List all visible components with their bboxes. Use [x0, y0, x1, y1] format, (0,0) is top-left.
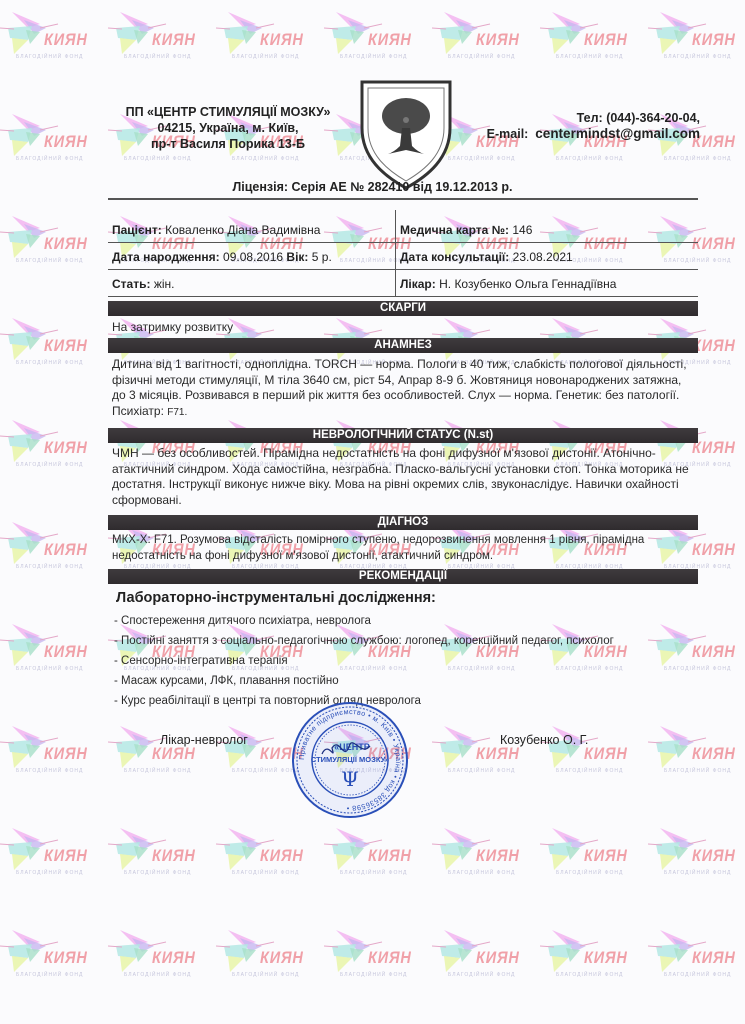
phone-line: Тел: (044)-364-20-04, [470, 110, 700, 126]
org-address-line2: пр-т Василя Порика 13-Б [118, 136, 338, 152]
header-divider [108, 198, 698, 200]
phone-label: Тел: [577, 111, 603, 125]
email-label: E-mail: [487, 127, 529, 141]
org-name: ПП «ЦЕНТР СТИМУЛЯЦІЇ МОЗКУ» [118, 104, 338, 120]
phone-value: (044)-364-20-04, [606, 111, 700, 125]
medical-report-page: ПП «ЦЕНТР СТИМУЛЯЦІЇ МОЗКУ» 04215, Украї… [0, 0, 745, 1024]
recommendations-header: РЕКОМЕНДАЦІЇ [108, 569, 698, 584]
neuro-status-header: НЕВРОЛОГІЧНИЙ СТАТУС (N.st) [108, 428, 698, 443]
diagnosis-text: МКХ-Х: F71. Розумова відсталість помірно… [112, 533, 698, 564]
list-item: Спостереження дитячого психіатра, неврол… [114, 611, 694, 631]
recommendations-list: Спостереження дитячого психіатра, неврол… [114, 611, 694, 711]
round-seal-stamp-icon: Приватне підприємство • м. Київ • Україн… [290, 700, 410, 820]
org-address-line1: 04215, Україна, м. Київ, [118, 120, 338, 136]
doctor-name: Н. Козубенко Ольга Геннадіївна [439, 277, 616, 291]
consultation-date: 23.08.2021 [513, 250, 573, 264]
medical-card-number: 146 [512, 223, 532, 237]
table-row: Стать: жін. Лікар: Н. Козубенко Ольга Ге… [108, 270, 698, 297]
tree-shield-icon [358, 78, 454, 190]
list-item: Постійні заняття з соціально-педагогічно… [114, 631, 694, 651]
medical-card-field: Медична карта №: 146 [400, 223, 532, 237]
anamnesis-text: Дитина від 1 вагітності, одноплідна. TOR… [112, 357, 698, 420]
patient-info-table: Пацієнт: Коваленко Діана Вадимівна Медич… [108, 216, 698, 297]
table-row: Дата народження: 09.08.2016 Вік: 5 р. Да… [108, 243, 698, 270]
signer-name: Козубенко О. Г. [500, 733, 588, 747]
organization-info: ПП «ЦЕНТР СТИМУЛЯЦІЇ МОЗКУ» 04215, Украї… [118, 104, 338, 152]
email-line: E-mail: centermindst@gmail.com [470, 126, 700, 142]
signer-role: Лікар-невролог [160, 733, 248, 747]
complaints-text: На затримку розвитку [112, 320, 698, 336]
list-item: Сенсорно-інтегративна терапія [114, 651, 694, 671]
complaints-header: СКАРГИ [108, 301, 698, 316]
anamnesis-header: АНАМНЕЗ [108, 338, 698, 353]
svg-text:СТИМУЛЯЦІЇ МОЗКУ»: СТИМУЛЯЦІЇ МОЗКУ» [311, 755, 389, 764]
birth-date-field: Дата народження: 09.08.2016 Вік: 5 р. [112, 250, 332, 264]
age-value: 5 р. [312, 250, 332, 264]
doctor-field: Лікар: Н. Козубенко Ольга Геннадіївна [400, 277, 616, 291]
sex-value: жін. [154, 277, 175, 291]
license-line: Ліцензія: Серія АЕ № 282410 від 19.12.20… [0, 180, 745, 194]
diagnosis-header: ДІАГНОЗ [108, 515, 698, 530]
sex-field: Стать: жін. [112, 277, 174, 291]
consultation-date-field: Дата консультації: 23.08.2021 [400, 250, 573, 264]
neuro-status-text: ЧМН — без особливостей. Пірамідна недост… [112, 446, 698, 508]
patient-field: Пацієнт: Коваленко Діана Вадимівна [112, 223, 320, 237]
svg-text:Ψ: Ψ [341, 767, 359, 791]
patient-name: Коваленко Діана Вадимівна [165, 223, 320, 237]
birth-date: 09.08.2016 [223, 250, 283, 264]
contact-info: Тел: (044)-364-20-04, E-mail: centermind… [470, 110, 700, 142]
email-value: centermindst@gmail.com [535, 126, 700, 141]
table-row: Пацієнт: Коваленко Діана Вадимівна Медич… [108, 216, 698, 243]
list-item: Масаж курсами, ЛФК, плавання постійно [114, 671, 694, 691]
recommendations-heading: Лабораторно-інструментальні дослідження: [116, 590, 436, 606]
